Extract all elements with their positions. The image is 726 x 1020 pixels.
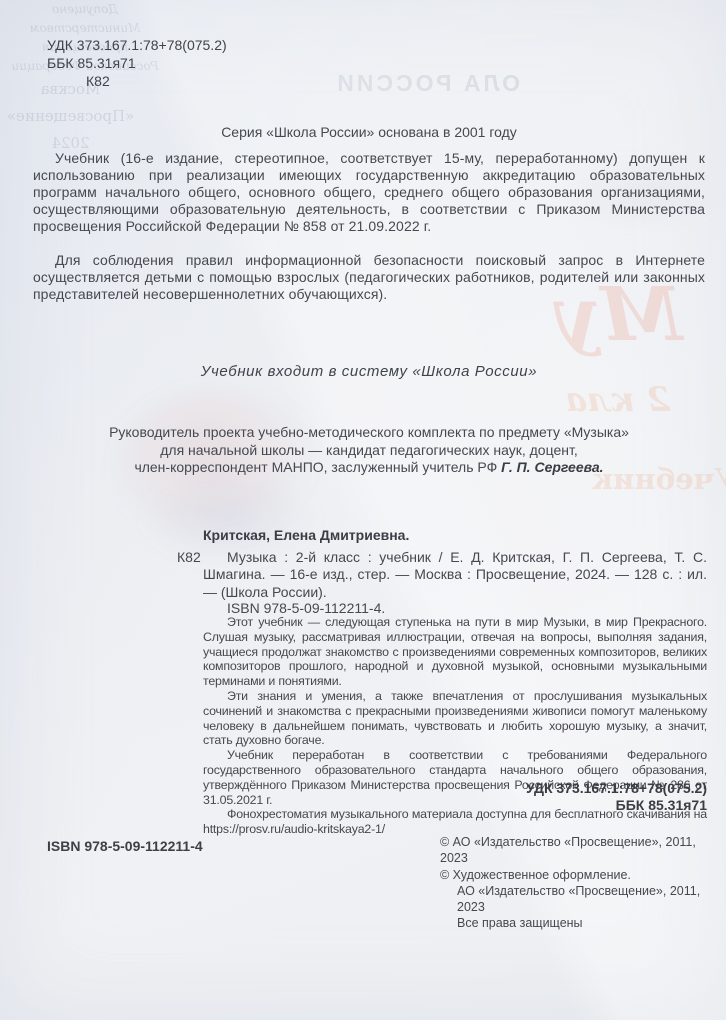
safety-paragraph: Для соблюдения правил информационной без… xyxy=(33,252,705,303)
copyright-line3: АО «Издательство «Просвещение», 2011, 20… xyxy=(457,883,726,916)
school-russia-system-line: Учебник входит в систему «Школа России» xyxy=(33,363,705,380)
bottom-codes: УДК 373.167.1:78+78(075.2) ББК 85.31я71 xyxy=(203,780,707,814)
project-lead-line3-text: член-корреспондент МАНПО, заслуженный уч… xyxy=(134,459,501,475)
copyright-block: © АО «Издательство «Просвещение», 2011, … xyxy=(440,834,726,932)
udk-code: УДК 373.167.1:78+78(075.2) xyxy=(47,36,227,54)
bibliographic-codes: УДК 373.167.1:78+78(075.2) ББК 85.31я71 … xyxy=(47,36,227,90)
annotation-paragraph-2: Эти знания и умения, а также впечатления… xyxy=(203,689,707,748)
copyright-line2: © Художественное оформление. xyxy=(440,867,726,883)
catalog-description: Музыка : 2-й класс : учебник / Е. Д. Кри… xyxy=(203,549,707,601)
bbk-code: ББК 85.31я71 xyxy=(47,54,227,72)
author-sign: К82 xyxy=(47,72,227,90)
copyright-line1: © АО «Издательство «Просвещение», 2011, … xyxy=(440,834,726,867)
ghost-approval-line1: Допущено xyxy=(0,0,170,19)
project-lead-line3: член-корреспондент МАНПО, заслуженный уч… xyxy=(33,459,705,477)
admission-paragraph: Учебник (16-е издание, стереотипное, соо… xyxy=(33,150,705,235)
bbk-code-bottom: ББК 85.31я71 xyxy=(203,797,707,814)
project-lead-line1: Руководитель проекта учебно-методическог… xyxy=(33,424,705,442)
book-imprint-page: ОЛА РОССИИ Му 2 кла Учебник Допущено Мин… xyxy=(0,0,726,1020)
annotation-paragraph-1: Этот учебник — следующая ступенька на пу… xyxy=(203,615,707,689)
catalog-description-block: К82 Музыка : 2-й класс : учебник / Е. Д.… xyxy=(177,549,707,601)
ghost-grade-mirror: 2 кла xyxy=(565,380,670,420)
series-note: Серия «Школа России» основана в 2001 год… xyxy=(33,124,705,140)
ghost-series-title-mirror: ОЛА РОССИИ xyxy=(360,70,520,97)
catalog-author-sign: К82 xyxy=(177,549,201,565)
footer-isbn: ISBN 978-5-09-112211-4 xyxy=(47,838,203,854)
project-lead-block: Руководитель проекта учебно-методическог… xyxy=(33,424,705,477)
copyright-line4: Все права защищены xyxy=(457,915,726,931)
project-lead-name: Г. П. Сергеева. xyxy=(501,459,603,475)
catalog-isbn-line: ISBN 978-5-09-112211-4. xyxy=(227,600,385,616)
project-lead-line2: для начальной школы — кандидат педагогич… xyxy=(33,442,705,460)
udk-code-bottom: УДК 373.167.1:78+78(075.2) xyxy=(203,780,707,797)
catalog-author-heading: Критская, Елена Дмитриевна. xyxy=(203,527,409,543)
